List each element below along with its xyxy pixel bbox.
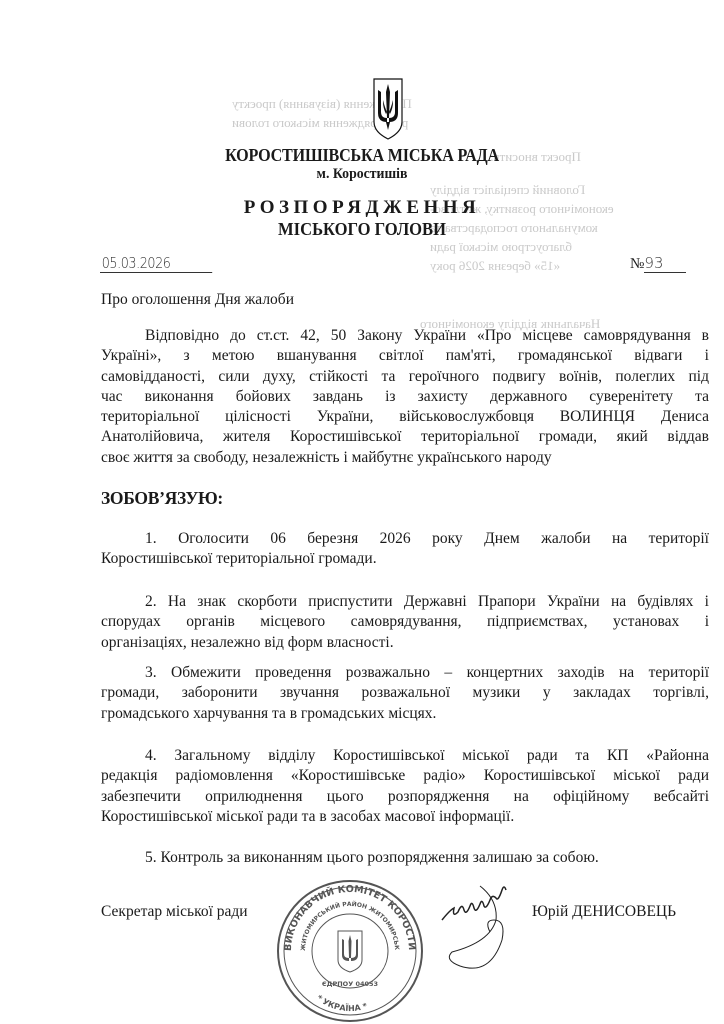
order-item-2: 2. На знак скорботи приспустити Державні… xyxy=(101,592,709,653)
order-item-3: 3. Обмежити проведення розважально – кон… xyxy=(101,663,709,724)
text-line: Коростишівської територіальної громади. xyxy=(101,549,709,569)
text-line: своє життя за свободу, незалежність і ма… xyxy=(101,448,709,468)
number-label: № xyxy=(630,256,644,272)
trident-coat-of-arms-icon xyxy=(373,78,403,140)
order-item-4: 4. Загальному відділу Коростишівської мі… xyxy=(101,746,709,827)
text-line: 2. На знак скорботи приспустити Державні… xyxy=(101,592,709,612)
handwritten-signature xyxy=(440,880,550,990)
stamp-trident-icon xyxy=(338,931,362,972)
signatory-role: Секретар міської ради xyxy=(101,903,248,921)
document-number: №93 xyxy=(630,254,686,273)
order-item-5: 5. Контроль за виконанням цього розпоряд… xyxy=(101,848,709,868)
city-name: м. Коростишів xyxy=(29,166,695,183)
text-line: забезпечити оприлюднення цього розпорядж… xyxy=(101,787,709,807)
document-subject: Про оголошення Дня жалоби xyxy=(101,291,294,309)
bleed-through-text: «15» березня 2026 року xyxy=(430,256,560,275)
text-line: 1. Оголосити 06 березня 2026 року Днем ж… xyxy=(101,529,709,549)
text-line: Анатолійовича, жителя Коростишівської те… xyxy=(101,427,709,447)
preamble-paragraph: Відповідно до ст.ст. 42, 50 Закону Украї… xyxy=(101,326,709,468)
text-line: спорудах органів місцевого самоврядуванн… xyxy=(101,612,709,632)
text-line: самовідданості, сили духу, стійкості та … xyxy=(101,367,709,387)
stamp-code: ЄДРПОУ 04053 xyxy=(322,980,378,988)
text-line: територіальної цілісності України, війсь… xyxy=(101,407,709,427)
text-line: організаціях, незалежно від форм власнос… xyxy=(101,633,709,653)
signatory-name: Юрій ДЕНИСОВЕЦЬ xyxy=(532,903,676,921)
text-line: Відповідно до ст.ст. 42, 50 Закону Украї… xyxy=(101,326,709,346)
text-line: 5. Контроль за виконанням цього розпоряд… xyxy=(101,848,709,868)
document-subtype: МІСЬКОГО ГОЛОВИ xyxy=(29,219,695,240)
document-type: РОЗПОРЯДЖЕННЯ xyxy=(0,197,724,219)
organization-name: КОРОСТИШІВСЬКА МІСЬКА РАДА xyxy=(29,145,695,166)
text-line: 4. Загальному відділу Коростишівської мі… xyxy=(101,746,709,766)
text-line: 3. Обмежити проведення розважально – кон… xyxy=(101,663,709,683)
oblige-heading: ЗОБОВ’ЯЗУЮ: xyxy=(101,488,223,509)
text-line: Україні», з метою вшанування світлої пам… xyxy=(101,346,709,366)
document-page: Погодження (візування) проєкту розпорядж… xyxy=(0,0,724,1024)
document-date: 05.03.2026 xyxy=(100,254,212,273)
text-line: час виконання бойових завдань із захисту… xyxy=(101,387,709,407)
text-line: громади, заборонити звучання розважально… xyxy=(101,683,709,703)
text-line: редакція радіомовлення «Коростишівське р… xyxy=(101,766,709,786)
order-item-1: 1. Оголосити 06 березня 2026 року Днем ж… xyxy=(101,529,709,570)
text-line: громадського харчування та в громадських… xyxy=(101,704,709,724)
text-line: Коростишівської міської ради та в засоба… xyxy=(101,807,709,827)
official-stamp-icon: ВИКОНАВЧИЙ КОМІТЕТ КОРОСТИШІВСЬКОЇ МІСЬК… xyxy=(275,878,425,1024)
number-value: 93 xyxy=(644,254,686,273)
